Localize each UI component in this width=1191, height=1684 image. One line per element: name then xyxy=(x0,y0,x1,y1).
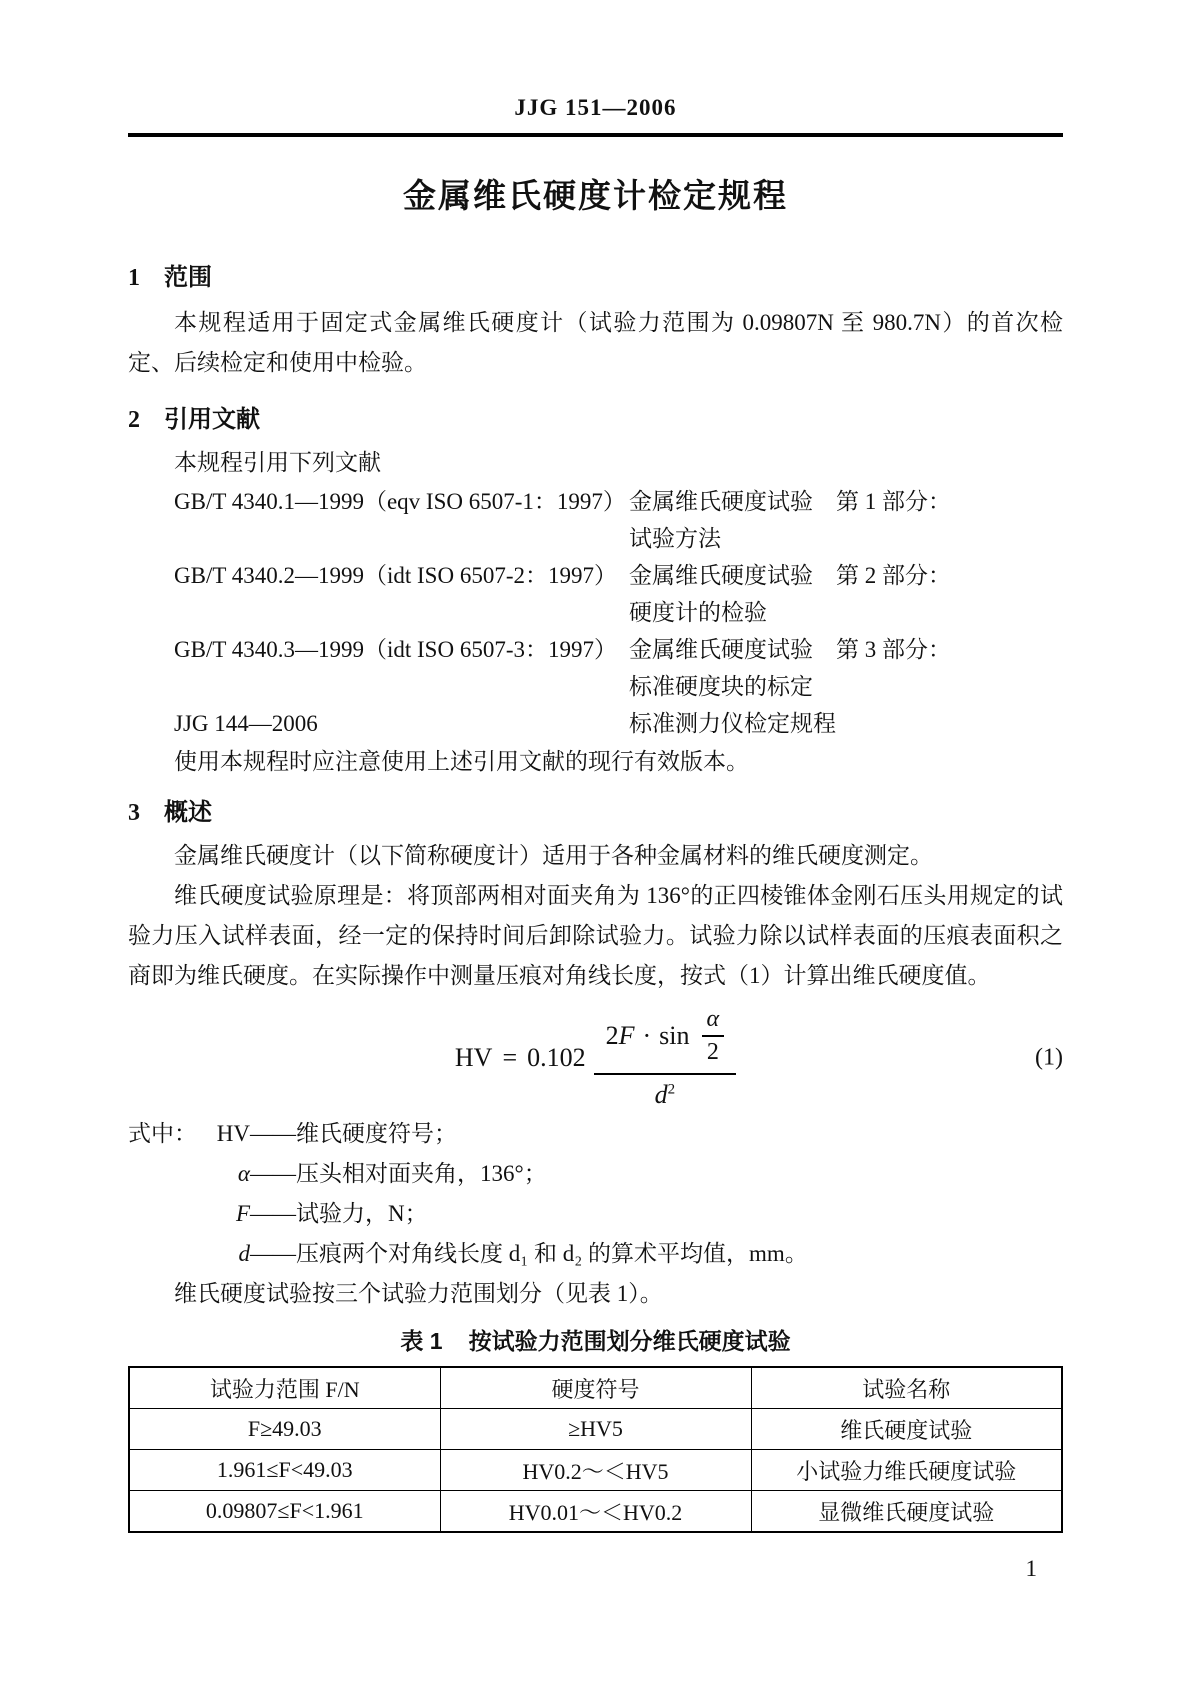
table-cell: 维氏硬度试验 xyxy=(751,1409,1062,1450)
table-cell: HV0.2～＜HV5 xyxy=(440,1450,751,1491)
formula-1: HV = 0.102 2F · sin α 2 d2 (1) xyxy=(128,1006,1063,1110)
where-clause: 式中： HV —— 维氏硬度符号； α —— 压头相对面夹角，136°； F —… xyxy=(128,1114,1063,1274)
formula-expression: HV = 0.102 2F · sin α 2 d2 xyxy=(455,1006,736,1110)
section-3-title: 概述 xyxy=(164,798,212,828)
where-item: 式中： HV —— 维氏硬度符号； xyxy=(128,1114,1063,1154)
section-3-paragraph-2: 维氏硬度试验原理是：将顶部两相对面夹角为 136°的正四棱锥体金刚石压头用规定的… xyxy=(128,876,1063,996)
where-dash: —— xyxy=(250,1114,296,1154)
table-header-cell: 试验名称 xyxy=(751,1367,1062,1409)
reference-title: 金属维氏硬度试验 第 3 部分： 标准硬度块的标定 xyxy=(629,631,1063,705)
table-cell: 1.961≤F<49.03 xyxy=(129,1450,440,1491)
equation-number: (1) xyxy=(1035,1045,1063,1072)
where-description: 压头相对面夹角，136°； xyxy=(296,1154,1063,1194)
alpha-denominator: 2 xyxy=(707,1037,719,1066)
table-cell: ≥HV5 xyxy=(440,1409,751,1450)
where-description: 试验力，N； xyxy=(296,1194,1063,1234)
table-row: F≥49.03 ≥HV5 维氏硬度试验 xyxy=(129,1409,1062,1450)
section-3-heading: 3 概述 xyxy=(128,798,1063,828)
section-1-number: 1 xyxy=(128,263,140,293)
formula-equals: = xyxy=(502,1043,517,1073)
reference-subtitle: 试验方法 xyxy=(629,520,1063,557)
where-lead xyxy=(128,1154,198,1194)
where-dash: —— xyxy=(250,1154,296,1194)
reference-item: GB/T 4340.1—1999（eqv ISO 6507-1：1997） 金属… xyxy=(174,483,1063,557)
table-cell: HV0.01～＜HV0.2 xyxy=(440,1491,751,1533)
table-header-cell: 试验力范围 F/N xyxy=(129,1367,440,1409)
where-description: 压痕两个对角线长度 d₁ 和 d₂ 的算术平均值，mm。 xyxy=(296,1234,1063,1274)
table-1: 试验力范围 F/N 硬度符号 试验名称 F≥49.03 ≥HV5 维氏硬度试验 … xyxy=(128,1366,1063,1533)
formula-numerator: 2F · sin α 2 xyxy=(594,1006,737,1075)
table-row: 0.09807≤F<1.961 HV0.01～＜HV0.2 显微维氏硬度试验 xyxy=(129,1491,1062,1533)
alpha-symbol: α xyxy=(707,1006,720,1033)
reference-list: GB/T 4340.1—1999（eqv ISO 6507-1：1997） 金属… xyxy=(128,483,1063,742)
table-cell: 小试验力维氏硬度试验 xyxy=(751,1450,1062,1491)
reference-code: GB/T 4340.1—1999（eqv ISO 6507-1：1997） xyxy=(174,483,629,557)
formula-coefficient: 0.102 xyxy=(527,1043,586,1073)
section-2-outro: 使用本规程时应注意使用上述引用文献的现行有效版本。 xyxy=(128,742,1063,782)
where-item: α —— 压头相对面夹角，136°； xyxy=(128,1154,1063,1194)
section-3-number: 3 xyxy=(128,798,140,828)
denominator-exponent: 2 xyxy=(668,1081,676,1097)
reference-item: JJG 144—2006 标准测力仪检定规程 xyxy=(174,705,1063,742)
section-1-title: 范围 xyxy=(164,263,212,293)
reference-code: GB/T 4340.2—1999（idt ISO 6507-2：1997） xyxy=(174,557,629,631)
table-caption-text: 按试验力范围划分维氏硬度试验 xyxy=(469,1328,791,1354)
reference-title-line: 标准测力仪检定规程 xyxy=(629,711,836,736)
header-rule xyxy=(128,133,1063,137)
table-caption-label: 表 1 xyxy=(400,1328,442,1354)
numerator-two: 2 xyxy=(606,1021,619,1051)
reference-title-line: 金属维氏硬度试验 第 3 部分： xyxy=(629,637,951,662)
where-lead xyxy=(128,1234,198,1274)
table-header-cell: 硬度符号 xyxy=(440,1367,751,1409)
reference-item: GB/T 4340.2—1999（idt ISO 6507-2：1997） 金属… xyxy=(174,557,1063,631)
numerator-F: F xyxy=(619,1021,635,1051)
reference-title: 金属维氏硬度试验 第 1 部分： 试验方法 xyxy=(629,483,1063,557)
reference-code: GB/T 4340.3—1999（idt ISO 6507-3：1997） xyxy=(174,631,629,705)
table-1-caption: 表 1按试验力范围划分维氏硬度试验 xyxy=(128,1326,1063,1356)
reference-title-line: 金属维氏硬度试验 第 1 部分： xyxy=(629,489,951,514)
table-header-row: 试验力范围 F/N 硬度符号 试验名称 xyxy=(129,1367,1062,1409)
inner-fraction: α 2 xyxy=(702,1006,725,1066)
page-title: 金属维氏硬度计检定规程 xyxy=(128,173,1063,219)
where-item: F —— 试验力，N； xyxy=(128,1194,1063,1234)
denominator-d: d xyxy=(655,1080,668,1109)
section-1-paragraph: 本规程适用于固定式金属维氏硬度计（试验力范围为 0.09807N 至 980.7… xyxy=(128,303,1063,383)
doc-code: JJG 151—2006 xyxy=(128,94,1063,122)
section-1-heading: 1 范围 xyxy=(128,263,1063,293)
section-2-title: 引用文献 xyxy=(164,405,260,435)
where-description: 维氏硬度符号； xyxy=(296,1114,1063,1154)
table-cell: 0.09807≤F<1.961 xyxy=(129,1491,440,1533)
reference-title: 金属维氏硬度试验 第 2 部分： 硬度计的检验 xyxy=(629,557,1063,631)
where-dash: —— xyxy=(250,1234,296,1274)
reference-subtitle: 标准硬度块的标定 xyxy=(629,668,1063,705)
formula-hv: HV xyxy=(455,1043,493,1073)
document-page: JJG 151—2006 金属维氏硬度计检定规程 1 范围 本规程适用于固定式金… xyxy=(0,0,1191,1684)
where-item: d —— 压痕两个对角线长度 d₁ 和 d₂ 的算术平均值，mm。 xyxy=(128,1234,1063,1274)
where-symbol: d xyxy=(198,1234,250,1274)
section-2-intro: 本规程引用下列文献 xyxy=(128,443,1063,483)
where-symbol: α xyxy=(198,1154,250,1194)
where-symbol: F xyxy=(198,1194,250,1234)
where-lead: 式中： xyxy=(128,1114,198,1154)
reference-title-line: 金属维氏硬度试验 第 2 部分： xyxy=(629,563,951,588)
where-lead xyxy=(128,1194,198,1234)
table-cell: 显微维氏硬度试验 xyxy=(751,1491,1062,1533)
reference-title: 标准测力仪检定规程 xyxy=(629,705,1063,742)
section-2-heading: 2 引用文献 xyxy=(128,405,1063,435)
where-symbol: HV xyxy=(198,1114,250,1154)
page-number: 1 xyxy=(128,1555,1063,1583)
formula-denominator: d2 xyxy=(655,1075,676,1110)
table-row: 1.961≤F<49.03 HV0.2～＜HV5 小试验力维氏硬度试验 xyxy=(129,1450,1062,1491)
section-2-number: 2 xyxy=(128,405,140,435)
reference-subtitle: 硬度计的检验 xyxy=(629,594,1063,631)
sin-label: sin xyxy=(659,1021,689,1051)
formula-fraction: 2F · sin α 2 d2 xyxy=(594,1006,737,1110)
section-3-paragraph-1: 金属维氏硬度计（以下简称硬度计）适用于各种金属材料的维氏硬度测定。 xyxy=(128,836,1063,876)
reference-code: JJG 144—2006 xyxy=(174,705,629,742)
multiplication-dot: · xyxy=(643,1021,652,1051)
table-cell: F≥49.03 xyxy=(129,1409,440,1450)
reference-item: GB/T 4340.3—1999（idt ISO 6507-3：1997） 金属… xyxy=(174,631,1063,705)
section-3-paragraph-3: 维氏硬度试验按三个试验力范围划分（见表 1）。 xyxy=(128,1274,1063,1314)
where-dash: —— xyxy=(250,1194,296,1234)
